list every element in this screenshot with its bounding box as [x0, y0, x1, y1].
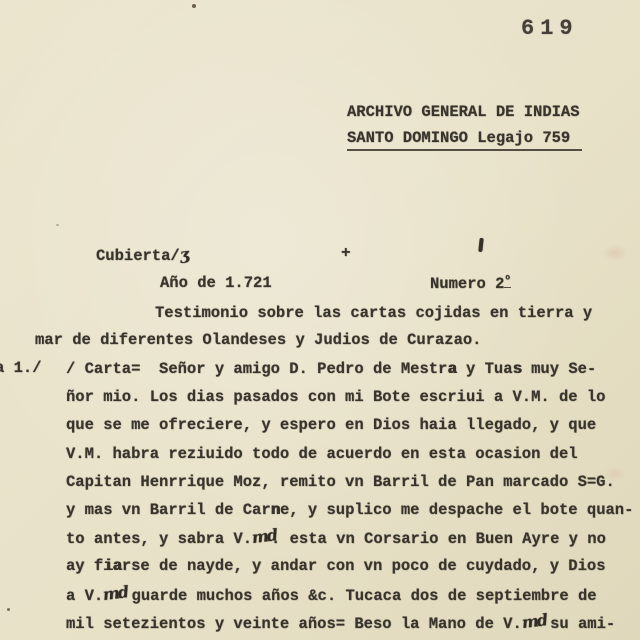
typed-text: Cubierta/	[96, 247, 180, 265]
body-line: ay fiarse de nayde, y andar con vn poco …	[66, 556, 606, 576]
typed-text: guarde muchos años &c. Tucaca dos de sep…	[122, 587, 596, 605]
typed-text: a	[447, 360, 456, 378]
handwritten-correction: ʒ	[178, 243, 199, 265]
body-line: / Carta= Señor y amigo D. Pedro de Mestr…	[66, 359, 596, 379]
body-line: ñor mio. Los dias pasados con mi Bote es…	[66, 387, 606, 407]
typed-text: que se me ofreciere, y espero en Dios ha…	[66, 416, 596, 434]
typed-text: V.M. habra reziuido todo de acuerdo en e…	[66, 445, 578, 463]
handwritten-correction: md	[102, 583, 123, 605]
scanned-document-page: 619 ARCHIVO GENERAL DE INDIAS SANTO DOMI…	[0, 0, 640, 640]
year-label: Año de 1.721	[160, 273, 272, 293]
summary-line: mar de diferentes Olandeses y Judios de …	[35, 330, 481, 350]
typed-text: e, y suplico me despache el bote quan-	[280, 501, 633, 519]
typed-text: ia	[103, 557, 122, 575]
archive-name: ARCHIVO GENERAL DE INDIAS	[347, 102, 580, 122]
archive-legajo: SANTO DOMINGO Legajo 759	[347, 128, 582, 148]
ink-mark	[478, 238, 483, 252]
typed-text: / Carta= Señor y amigo D. Pedro de Mestr	[66, 360, 447, 378]
cross-mark: +	[341, 243, 351, 263]
margin-note: a 1./	[0, 358, 42, 378]
typed-text: ñor mio. Los dias pasados con mi Bote es…	[66, 388, 606, 406]
typed-text: to antes, y sabra V.	[66, 530, 252, 548]
typed-text: mil setezientos y veinte años= Beso la M…	[66, 615, 522, 633]
body-line: a V.md guarde muchos años &c. Tucaca dos…	[66, 585, 597, 606]
paper-speck	[56, 224, 59, 226]
paper-speck	[7, 608, 10, 611]
archive-legajo-text: SANTO DOMINGO Legajo 759	[347, 129, 582, 151]
body-line: mil setezientos y veinte años= Beso la M…	[66, 613, 615, 634]
typed-text: su ami-	[541, 615, 615, 633]
number-text: Numero 2	[430, 275, 504, 293]
typed-text: Testimonio sobre las cartas cojidas en t…	[155, 304, 592, 322]
body-line: que se me ofreciere, y espero en Dios ha…	[66, 415, 596, 435]
cover-label: Cubierta/ʒ	[96, 245, 199, 266]
typed-text: s	[513, 360, 522, 378]
body-line: V.M. habra reziuido todo de acuerdo en e…	[66, 444, 578, 464]
paper-smudge	[602, 244, 628, 262]
typed-text: rse de nayde, y andar con vn poco de cuy…	[122, 557, 606, 575]
body-line: y mas vn Barril de Carne, y suplico me d…	[66, 500, 633, 520]
paper-speck	[192, 4, 196, 8]
typed-text: . esta vn Corsario en Buen Ayre y no	[271, 530, 606, 548]
typed-text: Capitan Henrrique Moz, remito vn Barril …	[66, 473, 615, 491]
typed-text: y mas vn Barril de Car	[66, 501, 271, 519]
number-label: Numero 2º	[430, 271, 511, 294]
handwritten-correction: md	[251, 526, 272, 548]
typed-text: muy Se-	[522, 360, 596, 378]
typed-text: mar de diferentes Olandeses y Judios de …	[35, 331, 481, 349]
typed-text: n	[271, 501, 280, 519]
summary-line: Testimonio sobre las cartas cojidas en t…	[155, 303, 592, 323]
typed-text: y Tua	[457, 360, 513, 378]
body-line: to antes, y sabra V.md. esta vn Corsario…	[66, 528, 606, 549]
handwritten-correction: md	[521, 611, 542, 633]
body-line: Capitan Henrrique Moz, remito vn Barril …	[66, 472, 615, 492]
number-ordinal: º	[504, 275, 511, 288]
typed-text: ay f	[66, 557, 103, 575]
typed-text: a V.	[66, 587, 103, 605]
folio-number-stamp: 619	[521, 16, 579, 41]
